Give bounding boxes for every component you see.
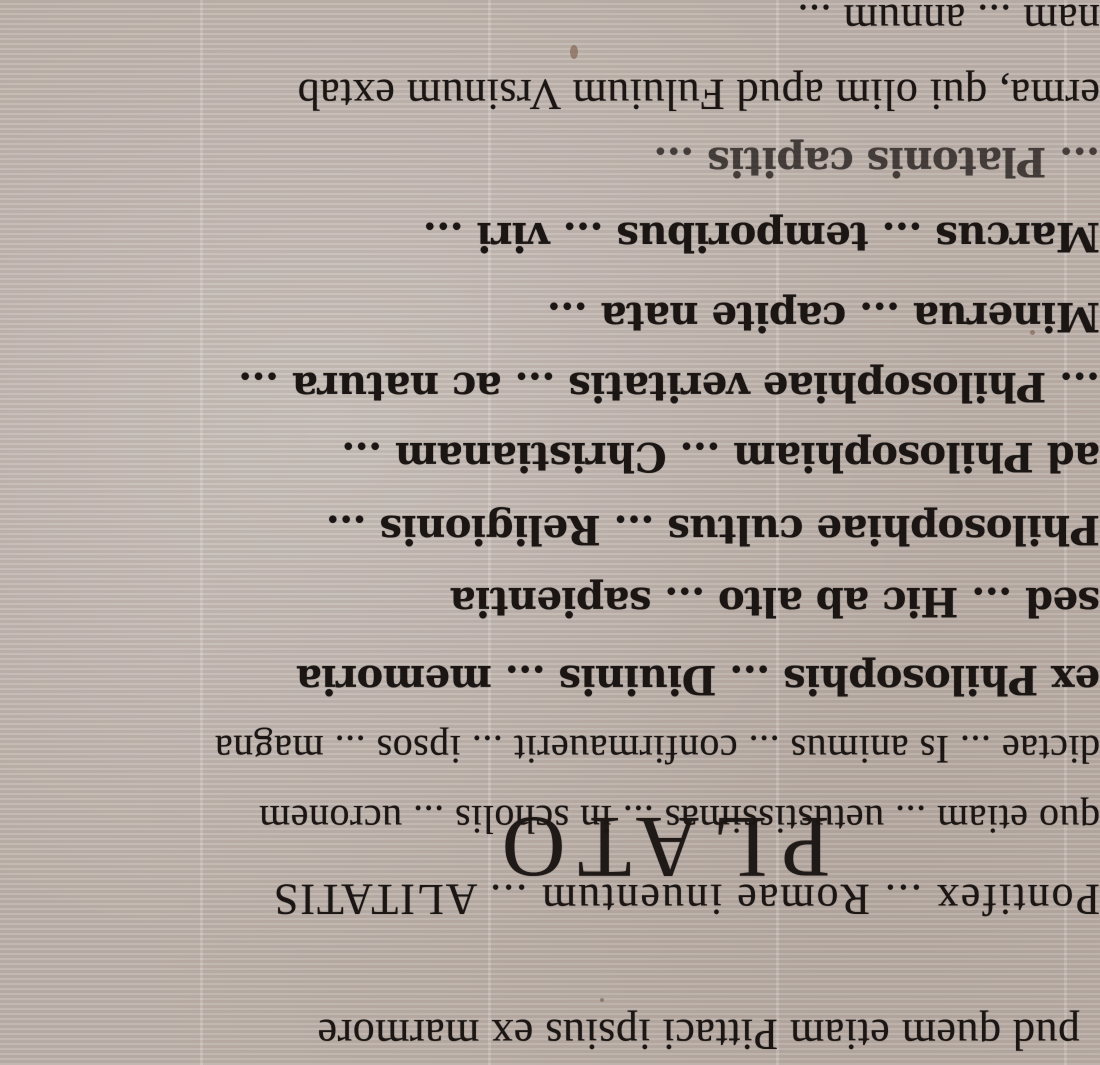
text-line: pud quem etiam Pittaci ipsius ex marmore — [317, 1009, 1080, 1060]
text-line: sed ... Hic ab alto ... sapientia — [450, 578, 1100, 625]
text-line: quo etiam ... uetustissimas ... in schol… — [259, 796, 1100, 843]
inverted-text-block: pud quem etiam Pittaci ipsius ex marmore… — [0, 0, 1100, 1065]
text-line: ... Platonis capitis ... — [654, 138, 1100, 185]
text-line: Marcus ... temporibus ... viri ... — [423, 213, 1100, 260]
text-line: nam ... annum ... — [797, 0, 1100, 45]
text-line: Minerua ... capite nata ... — [547, 293, 1100, 340]
text-line: dictae ... Is animus ... confirmauerit .… — [215, 726, 1100, 773]
book-page-photo: pud quem etiam Pittaci ipsius ex marmore… — [0, 0, 1100, 1065]
text-line: ... Philosophiae veritatis ... ac natura… — [239, 363, 1100, 410]
text-line: Philosophiae cultus ... Religionis ... — [326, 506, 1100, 553]
text-line: ex Philosophis ... Diuinis ... memoria — [296, 656, 1100, 703]
text-line: ad Philosophiam ... Christianam ... — [342, 433, 1100, 480]
text-line: erma, qui olim apud Fuluium Vrsinum exta… — [297, 69, 1100, 120]
text-line: Pontifex ... Romae inuentum ... ALITATIS — [272, 874, 1100, 925]
